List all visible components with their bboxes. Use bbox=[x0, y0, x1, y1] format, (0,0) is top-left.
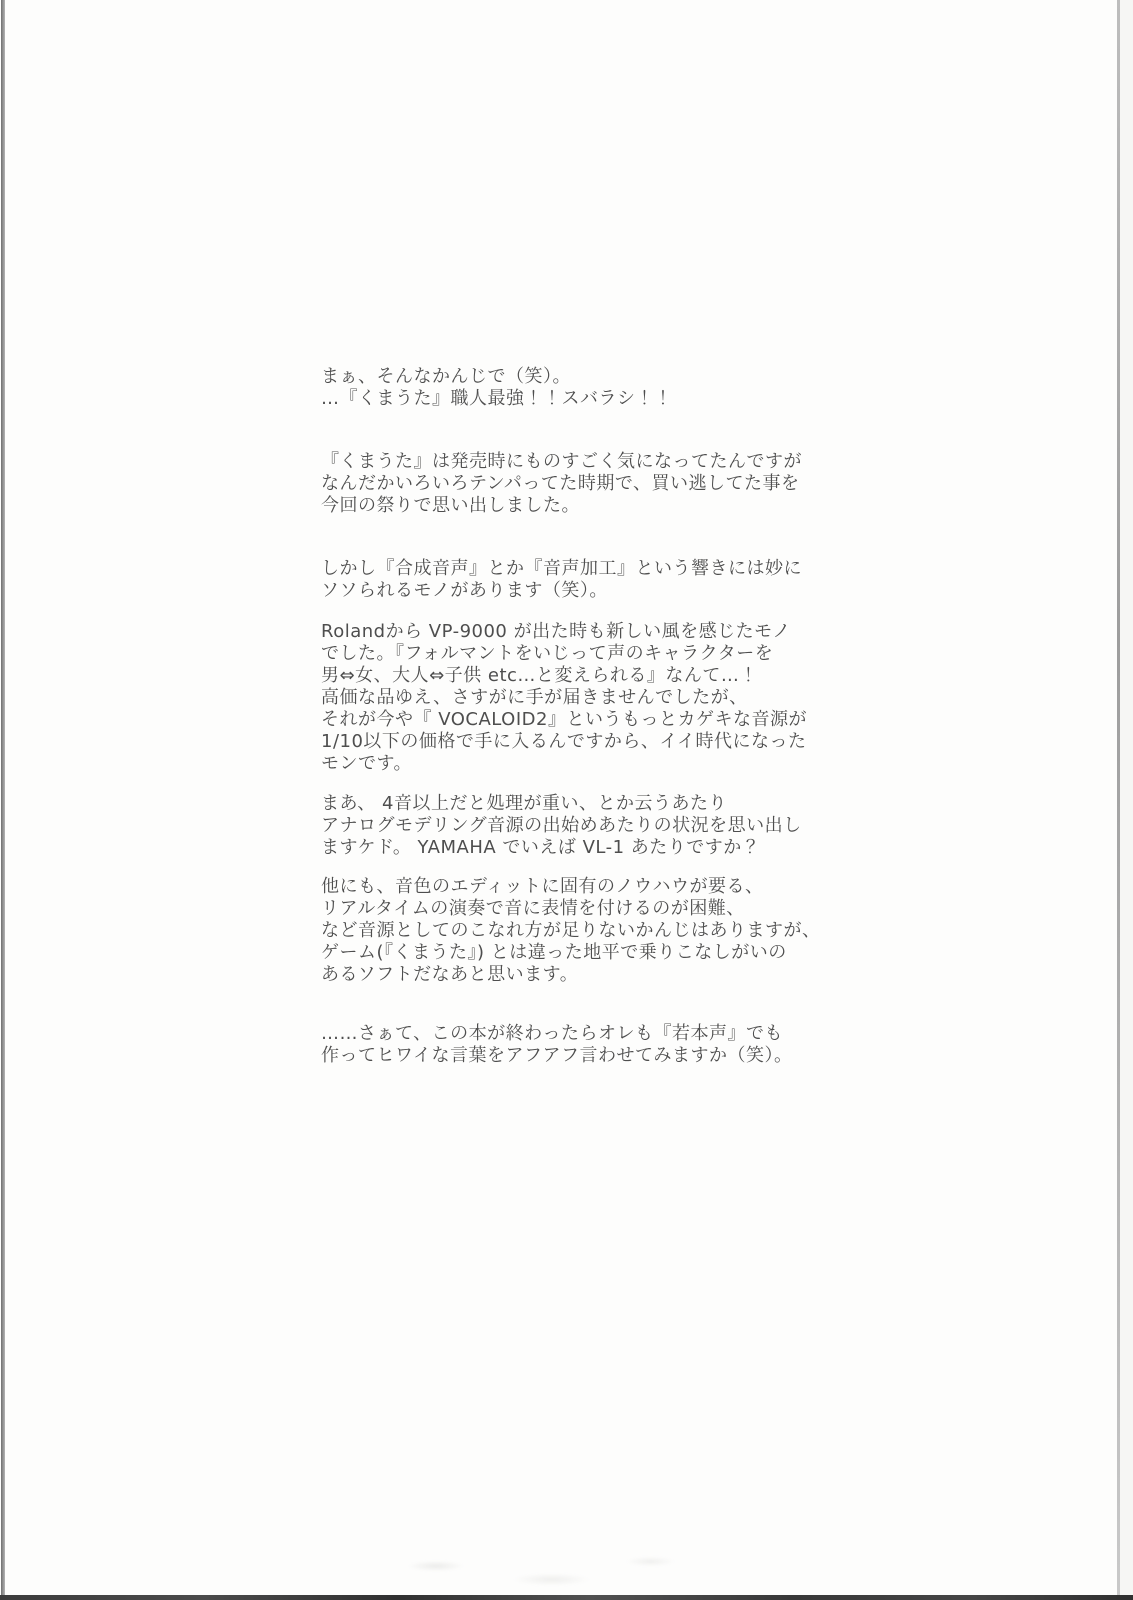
text-line: 1/10以下の価格で手に入るんですから、イイ時代になった bbox=[321, 731, 841, 753]
text-line: …『くまうた』職人最強！！スバラシ！！ bbox=[321, 388, 841, 410]
page-right-edge-line bbox=[1117, 0, 1120, 1600]
text-line: ……さぁて、この本が終わったらオレも『若本声』でも bbox=[321, 1023, 841, 1045]
text-line: なんだかいろいろテンパってた時期で、買い逃してた事を bbox=[321, 473, 841, 495]
scan-noise bbox=[370, 1548, 700, 1593]
paragraph-kumauta: 『くまうた』は発売時にものすごく気になってたんですが なんだかいろいろテンパって… bbox=[321, 451, 841, 517]
text-line: でした。『フォルマントをいじって声のキャラクターを bbox=[321, 643, 841, 665]
text-line: ますケド。 YAMAHA でいえば VL-1 あたりですか？ bbox=[321, 837, 841, 859]
text-line: 男⇔女、大人⇔子供 etc…と変えられる』なんて…！ bbox=[321, 665, 841, 687]
text-line: アナログモデリング音源の出始めあたりの状況を思い出し bbox=[321, 815, 841, 837]
text-line: あるソフトだなあと思います。 bbox=[321, 964, 841, 986]
text-line: モンです。 bbox=[321, 753, 841, 775]
page-right-margin bbox=[1120, 0, 1133, 1600]
text-line: まあ、 4音以上だと処理が重い、とか云うあたり bbox=[321, 793, 841, 815]
text-line: 今回の祭りで思い出しました。 bbox=[321, 495, 841, 517]
paragraph-yamaha-vl1: まあ、 4音以上だと処理が重い、とか云うあたり アナログモデリング音源の出始めあ… bbox=[321, 793, 841, 859]
paragraph-closing: ……さぁて、この本が終わったらオレも『若本声』でも 作ってヒワイな言葉をアフアフ… bbox=[321, 1023, 841, 1067]
text-line: など音源としてのこなれ方が足りないかんじはありますが、 bbox=[321, 920, 841, 942]
paragraph-intro: まぁ、そんなかんじで（笑）。 …『くまうた』職人最強！！スバラシ！！ bbox=[321, 366, 841, 410]
text-line: 高価な品ゆえ、さすがに手が届きませんでしたが、 bbox=[321, 687, 841, 709]
text-line: ゲーム(『くまうた』) とは違った地平で乗りこなしがいの bbox=[321, 942, 841, 964]
text-line: 作ってヒワイな言葉をアフアフ言わせてみますか（笑）。 bbox=[321, 1045, 841, 1067]
text-line: 『くまうた』は発売時にものすごく気になってたんですが bbox=[321, 451, 841, 473]
paragraph-edit-knowhow: 他にも、音色のエディットに固有のノウハウが要る、 リアルタイムの演奏で音に表情を… bbox=[321, 876, 841, 986]
text-line: Rolandから VP-9000 が出た時も新しい風を感じたモノ bbox=[321, 621, 841, 643]
text-line: ソソられるモノがあります（笑）。 bbox=[321, 580, 841, 602]
paragraph-gouseionsei: しかし『合成音声』とか『音声加工』という響きには妙に ソソられるモノがあります（… bbox=[321, 558, 841, 602]
scanned-page: まぁ、そんなかんじで（笑）。 …『くまうた』職人最強！！スバラシ！！ 『くまうた… bbox=[0, 0, 1133, 1600]
text-line: しかし『合成音声』とか『音声加工』という響きには妙に bbox=[321, 558, 841, 580]
text-line: まぁ、そんなかんじで（笑）。 bbox=[321, 366, 841, 388]
afterword-text-block: まぁ、そんなかんじで（笑）。 …『くまうた』職人最強！！スバラシ！！ 『くまうた… bbox=[321, 366, 841, 1067]
text-line: リアルタイムの演奏で音に表情を付けるのが困難、 bbox=[321, 898, 841, 920]
text-line: それが今や『 VOCALOID2』というもっとカゲキな音源が bbox=[321, 709, 841, 731]
page-left-edge bbox=[1, 0, 5, 1600]
paragraph-roland-vocaloid: Rolandから VP-9000 が出た時も新しい風を感じたモノ でした。『フォ… bbox=[321, 621, 841, 775]
text-line: 他にも、音色のエディットに固有のノウハウが要る、 bbox=[321, 876, 841, 898]
page-bottom-edge bbox=[0, 1595, 1133, 1600]
